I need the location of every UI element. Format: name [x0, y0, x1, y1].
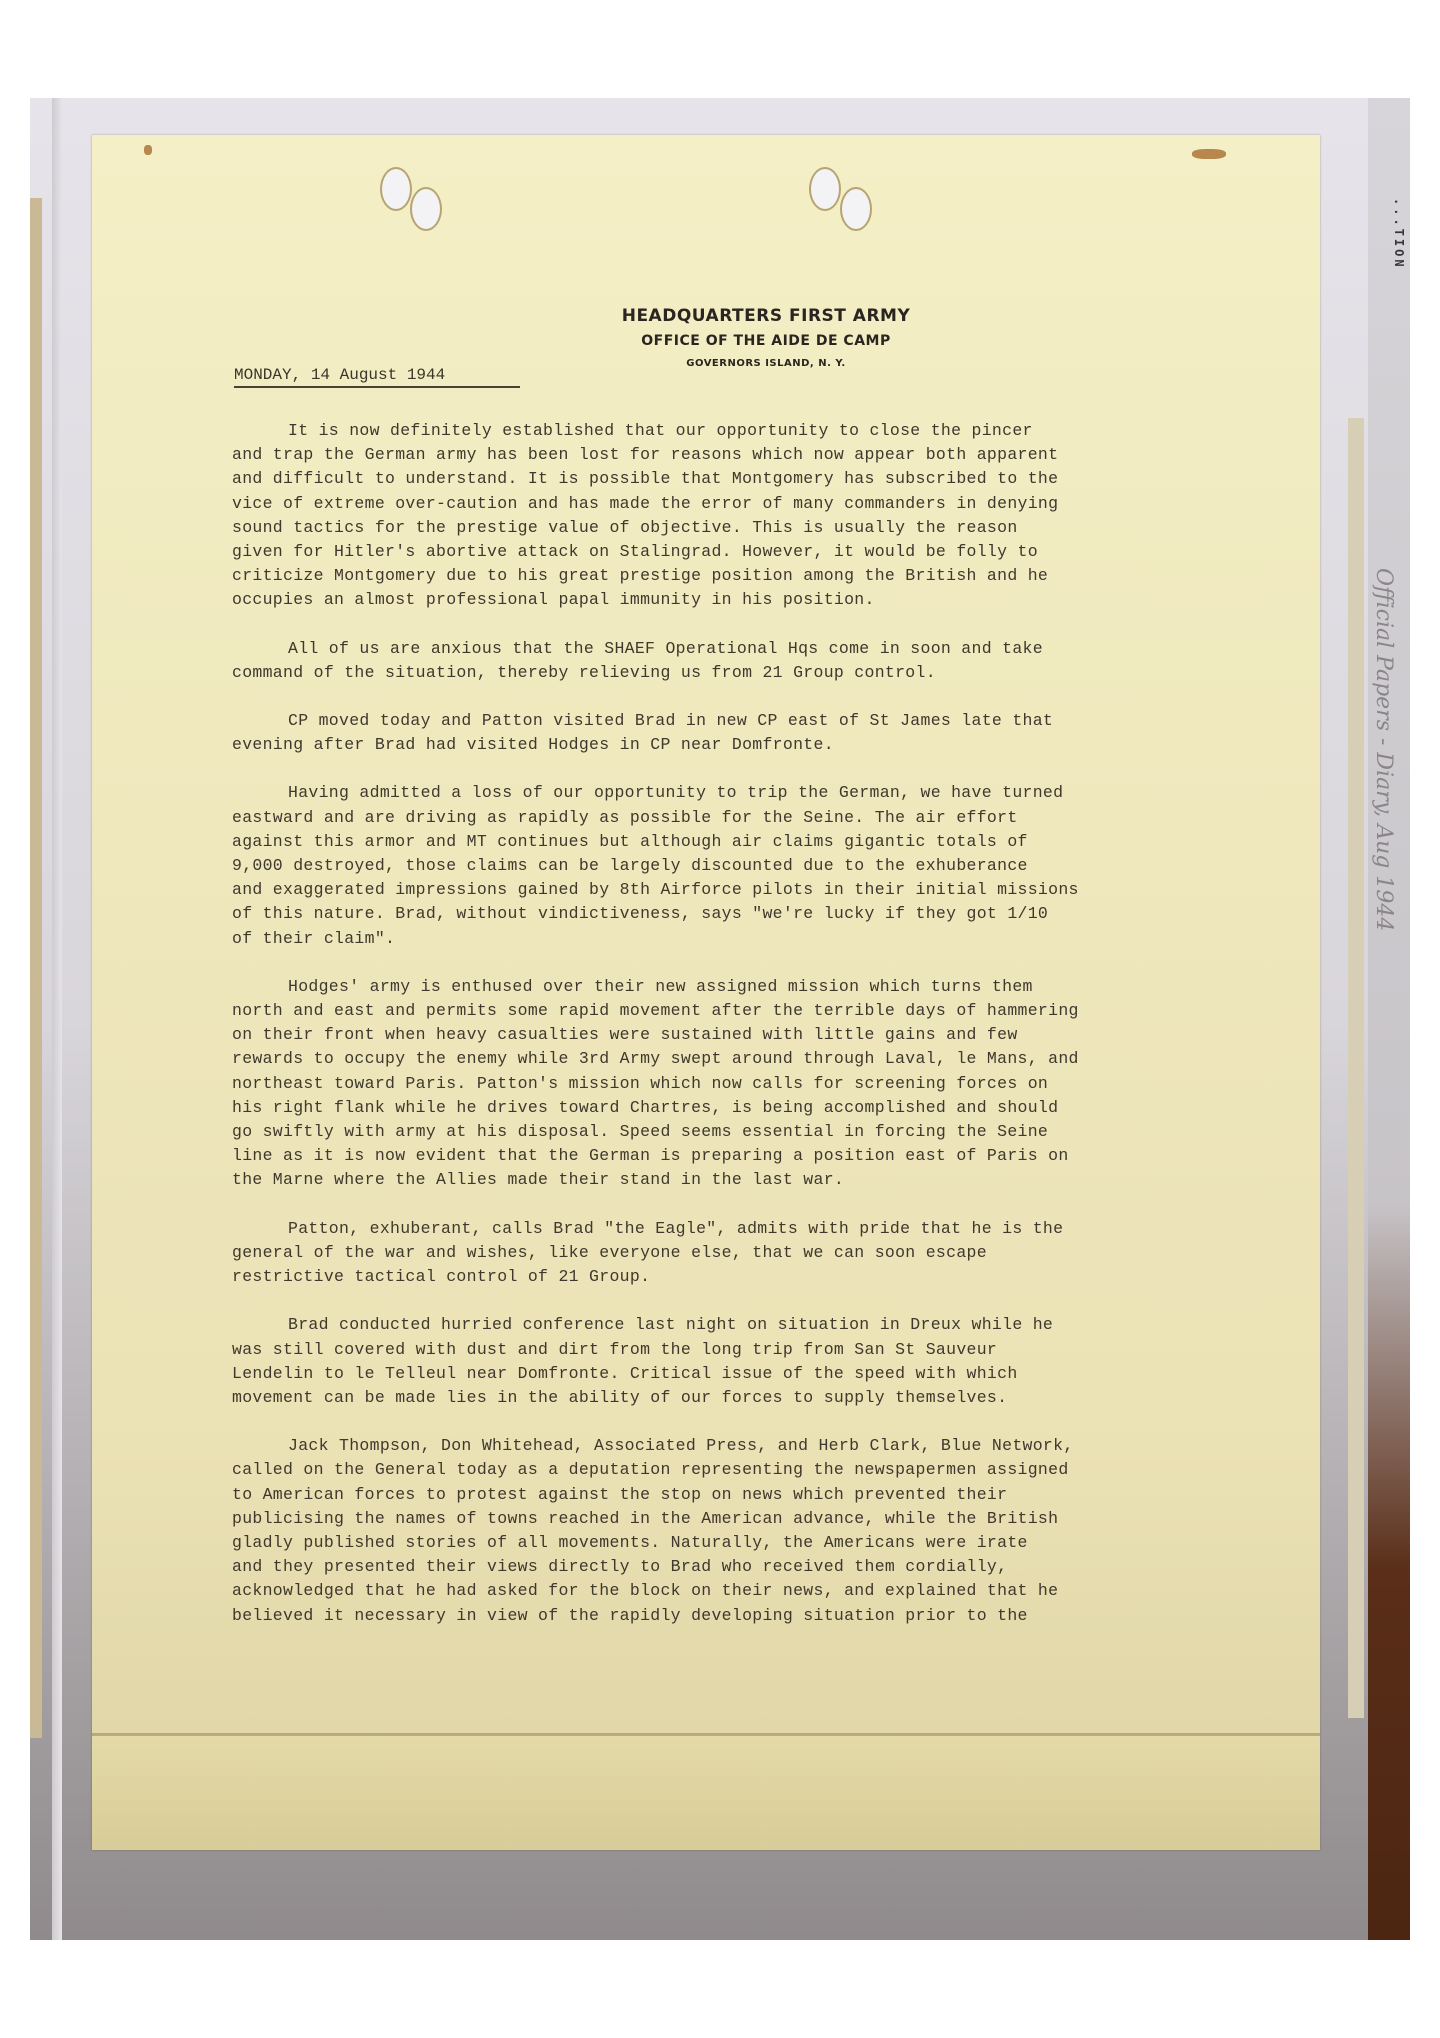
diary-date: MONDAY, 14 August 1944 — [234, 366, 520, 388]
margin-note-text: Official Papers - Diary, Aug 1944 — [1371, 568, 1396, 931]
document-photo: ...TION Official Papers - Diary, Aug 194… — [30, 98, 1410, 1940]
punch-hole — [809, 167, 841, 211]
paragraph: Having admitted a loss of our opportunit… — [232, 781, 1327, 950]
punch-hole — [380, 167, 412, 211]
letterhead-title: HEADQUARTERS FIRST ARMY — [92, 306, 1320, 326]
typed-page: HEADQUARTERS FIRST ARMY OFFICE OF THE AI… — [92, 135, 1320, 1850]
folder-edge-left — [52, 98, 62, 1940]
rust-stain-right — [1192, 149, 1226, 159]
punch-hole — [840, 187, 872, 231]
paragraph: Brad conducted hurried conference last n… — [232, 1313, 1327, 1410]
rust-stain-left — [144, 145, 152, 155]
paragraph: All of us are anxious that the SHAEF Ope… — [232, 637, 1327, 685]
paragraph: Patton, exhuberant, calls Brad "the Eagl… — [232, 1217, 1327, 1290]
handwritten-margin-note: Official Papers - Diary, Aug 1944 — [1360, 568, 1400, 1088]
punch-hole — [410, 187, 442, 231]
underlying-page-left — [30, 198, 42, 1738]
letterhead-office: OFFICE OF THE AIDE DE CAMP — [92, 333, 1320, 349]
paragraph: Jack Thompson, Don Whitehead, Associated… — [232, 1434, 1327, 1628]
folded-page-bottom — [92, 1735, 1320, 1850]
folder-edge-label: ...TION — [1390, 198, 1410, 348]
paragraph: CP moved today and Patton visited Brad i… — [232, 709, 1327, 757]
paragraph: It is now definitely established that ou… — [232, 419, 1327, 613]
diary-body: It is now definitely established that ou… — [232, 419, 1327, 1652]
edge-label-text: ...TION — [1392, 198, 1406, 270]
paragraph: Hodges' army is enthused over their new … — [232, 975, 1327, 1193]
fold-crease — [92, 1733, 1320, 1736]
